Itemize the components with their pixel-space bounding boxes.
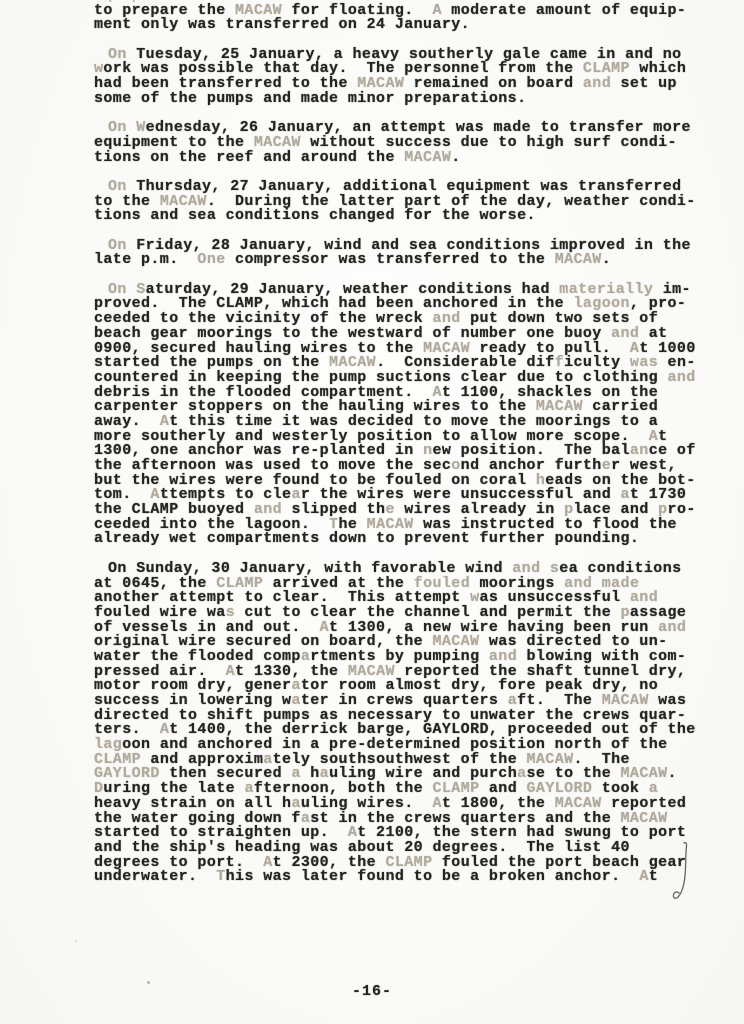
pen-stroke-mark	[670, 840, 700, 902]
text-line: tions on the reef and around the MACAW.	[94, 151, 722, 166]
text-line: underwater. This was later found to be a…	[94, 870, 722, 885]
faded-ink-text: MACAW	[555, 251, 602, 268]
faded-ink-text: and	[668, 369, 696, 386]
faded-ink-text: One	[197, 251, 225, 268]
document-page: equipment to the wreck from the MACAWto …	[0, 0, 744, 1024]
page-number: -16-	[0, 983, 744, 1000]
paragraph: On Thursday, 27 January, additional equi…	[94, 180, 722, 224]
text-line: already wet compartments down to prevent…	[94, 532, 722, 547]
paragraph: On Saturday, 29 January, weather conditi…	[94, 283, 722, 547]
paragraph: On Wednesday, 26 January, an attempt was…	[94, 121, 722, 165]
ink-speck-small	[75, 940, 77, 942]
paragraph: On Friday, 28 January, wind and sea cond…	[94, 239, 722, 268]
text-line: ment only was transferred on 24 January.	[94, 18, 722, 33]
text-line: tions and sea conditions changed for the…	[94, 209, 722, 224]
faded-ink-text: T	[216, 868, 225, 885]
text-line: late p.m. One compressor was transferred…	[94, 253, 722, 268]
paragraph: On Tuesday, 25 January, a heavy southerl…	[94, 48, 722, 107]
faded-ink-text: and	[583, 75, 611, 92]
document-text: equipment to the wreck from the MACAWto …	[94, 0, 722, 900]
ink-speck	[147, 981, 150, 984]
paragraph: equipment to the wreck from the MACAWto …	[94, 0, 722, 33]
paragraph: On Sunday, 30 January, with favorable wi…	[94, 562, 722, 885]
text-line: some of the pumps and made minor prepara…	[94, 92, 722, 107]
faded-ink-text: MACAW	[404, 149, 451, 166]
faded-ink-text: A	[639, 868, 648, 885]
